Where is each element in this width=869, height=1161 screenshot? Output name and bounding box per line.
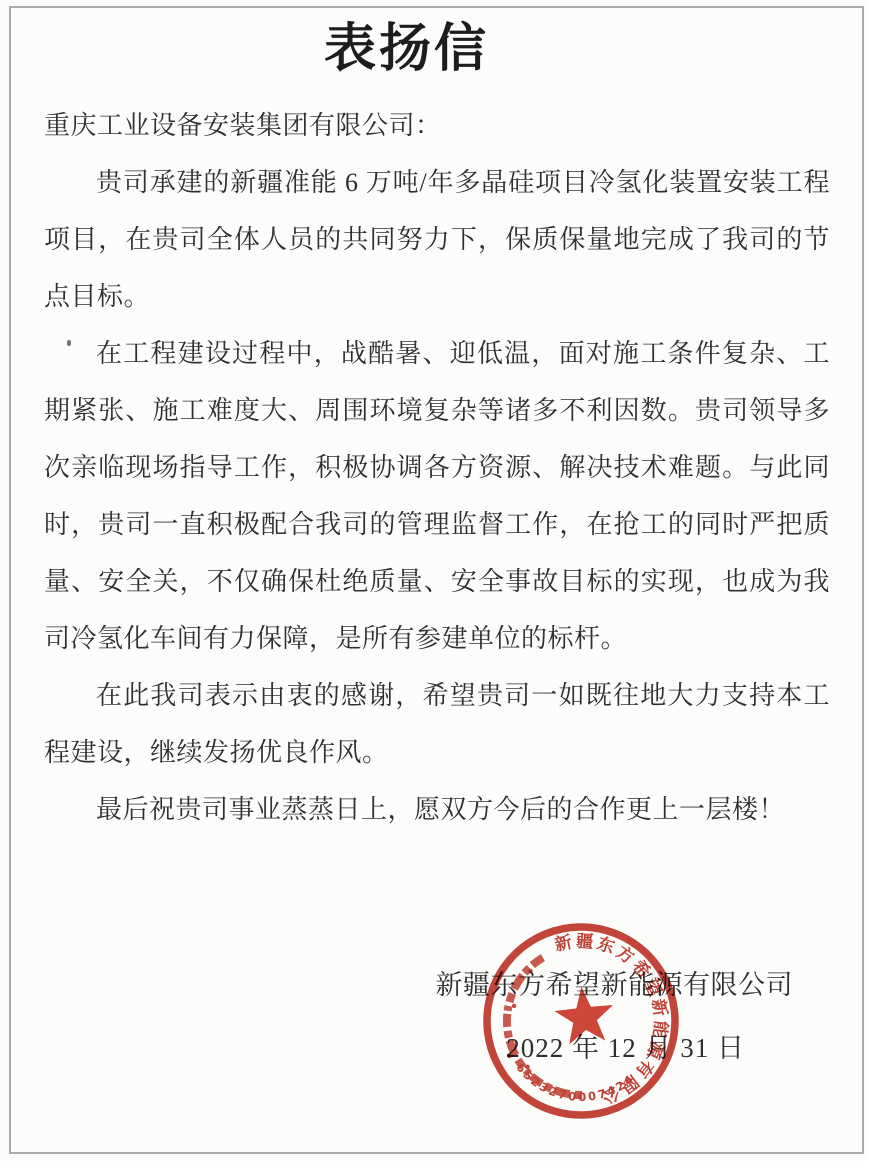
letter-title: 表扬信 (0, 20, 813, 80)
paragraph-4: 最后祝贵司事业蒸蒸日上，愿双方今后的合作更上一层楼！ (44, 781, 830, 838)
letter-body: 重庆工业设备安装集团有限公司： 贵司承建的新疆准能 6 万吨/年多晶硅项目冷氢化… (0, 97, 869, 838)
paragraph-1: 贵司承建的新疆准能 6 万吨/年多晶硅项目冷氢化装置安装工程项目，在贵司全体人员… (44, 154, 830, 325)
salutation: 重庆工业设备安装集团有限公司： (44, 97, 830, 154)
uyghur-script-dot (512, 1003, 517, 1008)
company-seal-stamp: 新疆东方希望新能源有限公司 6523270007424 (465, 901, 697, 1142)
paragraph-2: 在工程建设过程中，战酷暑、迎低温，面对施工条件复杂、工期紧张、施工难度大、周围环… (44, 325, 830, 667)
scan-speck (67, 340, 71, 346)
paragraph-3: 在此我司表示由衷的感谢，希望贵司一如既往地大力支持本工程建设，继续发扬优良作风。 (44, 667, 830, 781)
letter-page: 表扬信 重庆工业设备安装集团有限公司： 贵司承建的新疆准能 6 万吨/年多晶硅项… (0, 0, 869, 1161)
red-star-icon (552, 984, 617, 1046)
